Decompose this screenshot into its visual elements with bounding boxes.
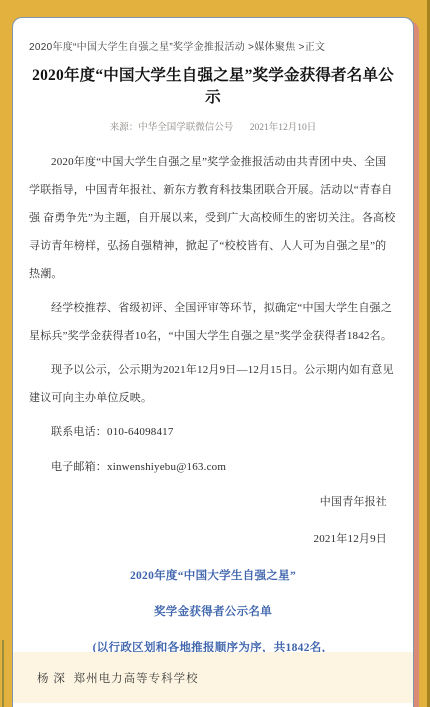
contact-email: 电子邮箱：xinwenshiyebu@163.com bbox=[29, 453, 397, 481]
paragraph-publicity-period: 现予以公示，公示期为2021年12月9日—12月15日。公示期内如有意见建议可向… bbox=[29, 356, 397, 412]
paragraph-selection: 经学校推荐、省级初评、全国评审等环节，拟确定“中国大学生自强之星标兵”奖学金获得… bbox=[29, 294, 397, 350]
signature-organization: 中国青年报社 bbox=[29, 488, 397, 516]
source-line: 来源：中华全国学联微信公号 2021年12月10日 bbox=[29, 119, 397, 133]
page-title: 2020年度“中国大学生自强之星”奖学金获得者名单公示 bbox=[29, 65, 397, 110]
winner-row: 杨 深 郑州电力高等专科学校 bbox=[37, 670, 199, 686]
winner-list-band: 杨 深 郑州电力高等专科学校 bbox=[13, 652, 413, 703]
source-date: 2021年12月10日 bbox=[250, 123, 317, 133]
breadcrumb[interactable]: 2020年度“中国大学生自强之星”奖学金推报活动 >媒体聚焦 >正文 bbox=[29, 38, 397, 53]
paragraph-intro: 2020年度“中国大学生自强之星”奖学金推报活动由共青团中央、全国学联指导，中国… bbox=[29, 148, 397, 288]
list-heading-block: 2020年度“中国大学生自强之星” 奖学金获得者公示名单 (以行政区划和各地推报… bbox=[29, 562, 397, 652]
signature-date: 2021年12月9日 bbox=[29, 525, 397, 553]
contact-phone: 联系电话：010-64098417 bbox=[29, 418, 397, 446]
card-bottom-strip bbox=[13, 703, 413, 707]
list-heading-line-3: (以行政区划和各地推报顺序为序，共1842名， bbox=[29, 634, 397, 652]
article-card: 2020年度“中国大学生自强之星”奖学金推报活动 >媒体聚焦 >正文 2020年… bbox=[12, 17, 414, 707]
list-heading-line-1: 2020年度“中国大学生自强之星” bbox=[29, 562, 397, 590]
article-body: 2020年度“中国大学生自强之星”奖学金推报活动 >媒体聚焦 >正文 2020年… bbox=[13, 18, 413, 652]
screen-left-edge bbox=[2, 640, 4, 707]
page-background: { "page": { "breadcrumb": "2020年度“中国大学生自… bbox=[0, 0, 430, 707]
list-heading-line-2: 奖学金获得者公示名单 bbox=[29, 598, 397, 626]
source-label: 来源：中华全国学联微信公号 bbox=[110, 123, 234, 133]
